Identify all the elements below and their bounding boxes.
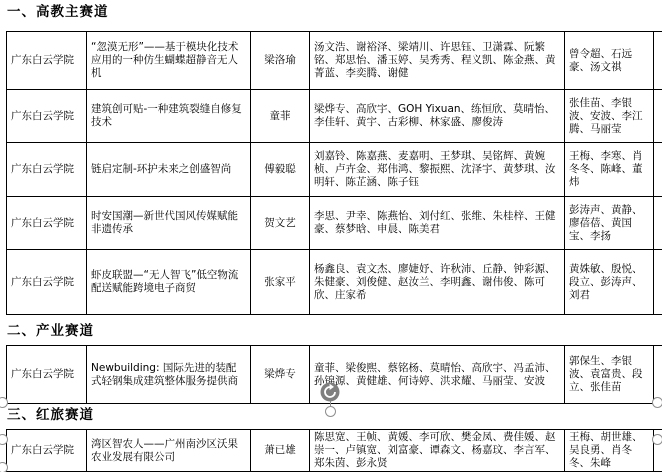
members-cell[interactable]: 汤文浩、谢裕泽、梁靖川、许思钰、卫潇霖、阮繁铭、郑思怡、潘玉婷、吴秀秀、程义凯、… xyxy=(310,32,565,90)
mentors-cell[interactable]: 王梅、李寒、肖冬冬、陈峰、董炜 xyxy=(565,143,654,197)
award-cell[interactable]: 铜奖 xyxy=(654,346,662,404)
table-row: 广东白云学院 建筑创可贴-一种建筑裂缝自修复技术 童菲 梁烨专、高欣宇、GOH … xyxy=(7,90,662,143)
rotate-cw-icon[interactable] xyxy=(320,382,340,402)
table-row: 广东白云学院 “忽漠无形”——基于模块化技术应用的一种仿生蝴蝶超静音无人机 梁洛… xyxy=(7,32,662,90)
members-cell[interactable]: 童菲、梁俊熙、蔡铭杨、莫晴怡、高欣宇、冯孟沛、孙锦源、黄健雄、何诗婷、洪求耀、马… xyxy=(310,346,565,404)
mentors-cell[interactable]: 曾令超、石远豪、汤文祺 xyxy=(565,32,654,90)
section-heading-industry[interactable]: 二、产业赛道 xyxy=(7,323,662,340)
award-cell[interactable]: 铜奖 xyxy=(654,143,662,197)
school-cell[interactable]: 广东白云学院 xyxy=(7,143,87,197)
award-cell[interactable]: 铜奖 xyxy=(654,90,662,143)
selection-handle-top-right[interactable] xyxy=(652,397,662,408)
table-row: 广东白云学院 时安国潮—新世代国风传媒赋能非遗传承 贺文艺 李思、尹幸、陈燕怡、… xyxy=(7,197,662,250)
selection-handle-bottom-left[interactable] xyxy=(0,462,8,472)
table-row: 广东白云学院 湾区智农人——广州南沙区沃果农业发展有限公司 萧已雄 陈思宽、王帧… xyxy=(7,430,662,472)
project-cell[interactable]: 时安国潮—新世代国风传媒赋能非遗传承 xyxy=(87,197,251,250)
award-cell[interactable]: 铜奖 xyxy=(654,197,662,250)
award-cell[interactable]: 铜奖 xyxy=(654,32,662,90)
project-cell[interactable]: Newbuilding: 国际先进的装配式轻钢集成建筑整体服务提供商 xyxy=(87,346,251,404)
mentors-cell[interactable]: 王梅、胡世雄、吴良勇、肖冬冬、朱峰 xyxy=(565,430,654,472)
members-cell[interactable]: 刘嘉铃、陈嘉燕、麦嘉明、王梦琪、吴铭辉、黄婉桢、卢卉金、郑伟鸿、黎振熙、沈泽宇、… xyxy=(310,143,565,197)
members-cell[interactable]: 杨鑫良、袁文杰、廖婕妤、许秋沛、丘静、钟彩源、朱健豪、刘俊健、赵汝兰、李明鑫、谢… xyxy=(310,250,565,315)
project-cell[interactable]: 链启定制-环护未来之创盛智尚 xyxy=(87,143,251,197)
table-row: 广东白云学院 虾皮联盟—“无人智飞”低空物流配送赋能跨境电子商贸 张家平 杨鑫良… xyxy=(7,250,662,315)
section-heading-higher-ed[interactable]: 一、高教主赛道 xyxy=(7,4,662,21)
award-table-higher-ed: 广东白云学院 “忽漠无形”——基于模块化技术应用的一种仿生蝴蝶超静音无人机 梁洛… xyxy=(6,31,662,315)
members-cell[interactable]: 梁烨专、高欣宇、GOH Yixuan、练恒欣、莫晴怡、李佳轩、黄宇、古彩柳、林家… xyxy=(310,90,565,143)
mentors-cell[interactable]: 郭保生、李银波、袁富贵、段立、张佳苗 xyxy=(565,346,654,404)
school-cell[interactable]: 广东白云学院 xyxy=(7,90,87,143)
award-cell[interactable]: 铜奖 xyxy=(654,250,662,315)
project-cell[interactable]: “忽漠无形”——基于模块化技术应用的一种仿生蝴蝶超静音无人机 xyxy=(87,32,251,90)
leader-cell[interactable]: 萧已雄 xyxy=(251,430,310,472)
leader-cell[interactable]: 贺文艺 xyxy=(251,197,310,250)
mentors-cell[interactable]: 张佳苗、李银波、安波、李江腾、马丽莹 xyxy=(565,90,654,143)
leader-cell[interactable]: 童菲 xyxy=(251,90,310,143)
members-cell[interactable]: 陈思宽、王帧、黄媛、李可欣、樊金凤、费佳媛、赵崇一、卢镇宽、刘富豪、谭森文、杨嘉… xyxy=(310,430,565,472)
school-cell[interactable]: 广东白云学院 xyxy=(7,346,87,404)
project-cell[interactable]: 虾皮联盟—“无人智飞”低空物流配送赋能跨境电子商贸 xyxy=(87,250,251,315)
mentors-cell[interactable]: 彭涛声、黄静、廖蓓蓓、黄国宝、李扬 xyxy=(565,197,654,250)
selection-handle-mid-right[interactable] xyxy=(652,434,662,445)
leader-cell[interactable]: 梁洛瑜 xyxy=(251,32,310,90)
leader-cell[interactable]: 傅毅聪 xyxy=(251,143,310,197)
project-cell[interactable]: 湾区智农人——广州南沙区沃果农业发展有限公司 xyxy=(87,430,251,472)
document-page: { "sections": [ { "heading": "一、高教主赛道", … xyxy=(0,0,662,472)
table-row: 广东白云学院 链启定制-环护未来之创盛智尚 傅毅聪 刘嘉铃、陈嘉燕、麦嘉明、王梦… xyxy=(7,143,662,197)
award-table-red-tourism: 广东白云学院 湾区智农人——广州南沙区沃果农业发展有限公司 萧已雄 陈思宽、王帧… xyxy=(6,429,662,472)
leader-cell[interactable]: 张家平 xyxy=(251,250,310,315)
members-cell[interactable]: 李思、尹幸、陈燕怡、刘付红、张维、朱桂梓、王健豪、蔡梦晗、申晨、陈美君 xyxy=(310,197,565,250)
school-cell[interactable]: 广东白云学院 xyxy=(7,32,87,90)
school-cell[interactable]: 广东白云学院 xyxy=(7,430,87,472)
school-cell[interactable]: 广东白云学院 xyxy=(7,250,87,315)
leader-cell[interactable]: 梁烨专 xyxy=(251,346,310,404)
school-cell[interactable]: 广东白云学院 xyxy=(7,197,87,250)
selection-handle-top-center[interactable] xyxy=(325,406,336,417)
mentors-cell[interactable]: 黄姝敏、殷悦、段立、彭涛声、刘君 xyxy=(565,250,654,315)
project-cell[interactable]: 建筑创可贴-一种建筑裂缝自修复技术 xyxy=(87,90,251,143)
